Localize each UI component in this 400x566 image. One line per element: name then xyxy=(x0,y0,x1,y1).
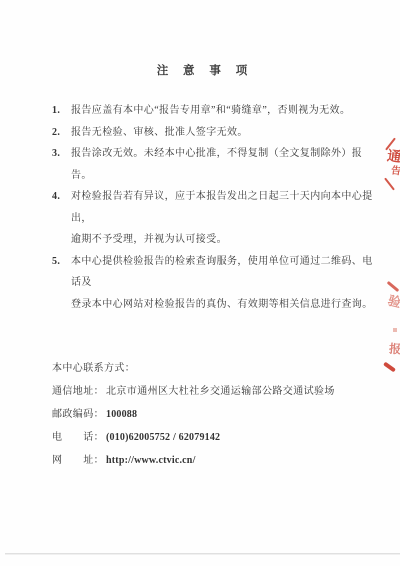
stamp-character: 告 xyxy=(390,166,400,177)
notice-text: 本中心提供检验报告的检索查询服务，使用单位可通过二维码、电话及 登录本中心网站对… xyxy=(71,256,373,310)
notice-number: 4. xyxy=(52,186,60,208)
phone-label: 电 话： xyxy=(52,426,104,449)
contact-row-address: 通信地址：北京市通州区大杜社乡交通运输部公路交通试验场 xyxy=(52,380,382,403)
phone-value: (010)62005752 / 62079142 xyxy=(106,432,220,443)
notice-number: 2. xyxy=(52,122,60,144)
stamp-slash-mark xyxy=(385,137,396,150)
address-label: 通信地址： xyxy=(52,380,104,403)
stamp-slash-mark xyxy=(384,177,395,190)
notice-item-4: 4. 对检验报告若有异议，应于本报告发出之日起三十天内向本中心提出， 逾期不予受… xyxy=(52,186,374,251)
contact-heading: 本中心联系方式： xyxy=(52,363,135,374)
notice-item-3: 3. 报告涂改无效。未经本中心批准，不得复制（全文复制除外）报告。 xyxy=(52,143,374,186)
stamp-character: 验 xyxy=(387,294,400,310)
website-label: 网 址： xyxy=(52,449,104,472)
contact-section: 本中心联系方式： 通信地址：北京市通州区大杜社乡交通运输部公路交通试验场 邮政编… xyxy=(52,357,382,472)
notice-text: 报告无检验、审核、批准人签字无效。 xyxy=(71,127,248,138)
postcode-label: 邮政编码： xyxy=(52,403,104,426)
contact-row-website: 网 址：http://www.ctvic.cn/ xyxy=(52,449,382,472)
stamp-slash-mark xyxy=(387,281,400,292)
postcode-value: 100088 xyxy=(106,409,137,420)
contact-heading-row: 本中心联系方式： xyxy=(52,357,382,380)
stamp-character: 报 xyxy=(389,343,400,356)
notice-item-2: 2. 报告无检验、审核、批准人签字无效。 xyxy=(52,122,374,144)
address-value: 北京市通州区大杜社乡交通运输部公路交通试验场 xyxy=(106,386,335,397)
stamp-character: 通 xyxy=(386,150,400,166)
notice-list: 1. 报告应盖有本中心“报告专用章”和“骑缝章”，否则视为无效。 2. 报告无检… xyxy=(52,100,374,315)
document-page: 注 意 事 项 1. 报告应盖有本中心“报告专用章”和“骑缝章”，否则视为无效。… xyxy=(0,0,400,566)
contact-row-postcode: 邮政编码：100088 xyxy=(52,403,382,426)
paging-seal-stamp-fragment-middle: 验 xyxy=(381,280,400,336)
stamp-dot-mark xyxy=(393,328,397,332)
notice-number: 1. xyxy=(52,100,60,122)
notice-item-1: 1. 报告应盖有本中心“报告专用章”和“骑缝章”，否则视为无效。 xyxy=(52,100,374,122)
stamp-slash-mark xyxy=(383,362,396,373)
notice-number: 3. xyxy=(52,143,60,165)
paging-seal-stamp-fragment-bottom: 报 xyxy=(379,342,400,378)
contact-row-phone: 电 话：(010)62005752 / 62079142 xyxy=(52,426,382,449)
notice-text: 对检验报告若有异议，应于本报告发出之日起三十天内向本中心提出， 逾期不予受理，并… xyxy=(71,191,373,245)
notice-text: 报告涂改无效。未经本中心批准，不得复制（全文复制除外）报告。 xyxy=(71,148,362,181)
page-bottom-scan-edge xyxy=(5,553,400,554)
page-title: 注 意 事 项 xyxy=(0,62,400,78)
notice-number: 5. xyxy=(52,251,60,273)
paging-seal-stamp-fragment-top: 通 告 xyxy=(375,136,400,194)
website-value: http://www.ctvic.cn/ xyxy=(106,455,196,466)
notice-item-5: 5. 本中心提供检验报告的检索查询服务，使用单位可通过二维码、电话及 登录本中心… xyxy=(52,251,374,316)
notice-text: 报告应盖有本中心“报告专用章”和“骑缝章”，否则视为无效。 xyxy=(71,105,350,116)
